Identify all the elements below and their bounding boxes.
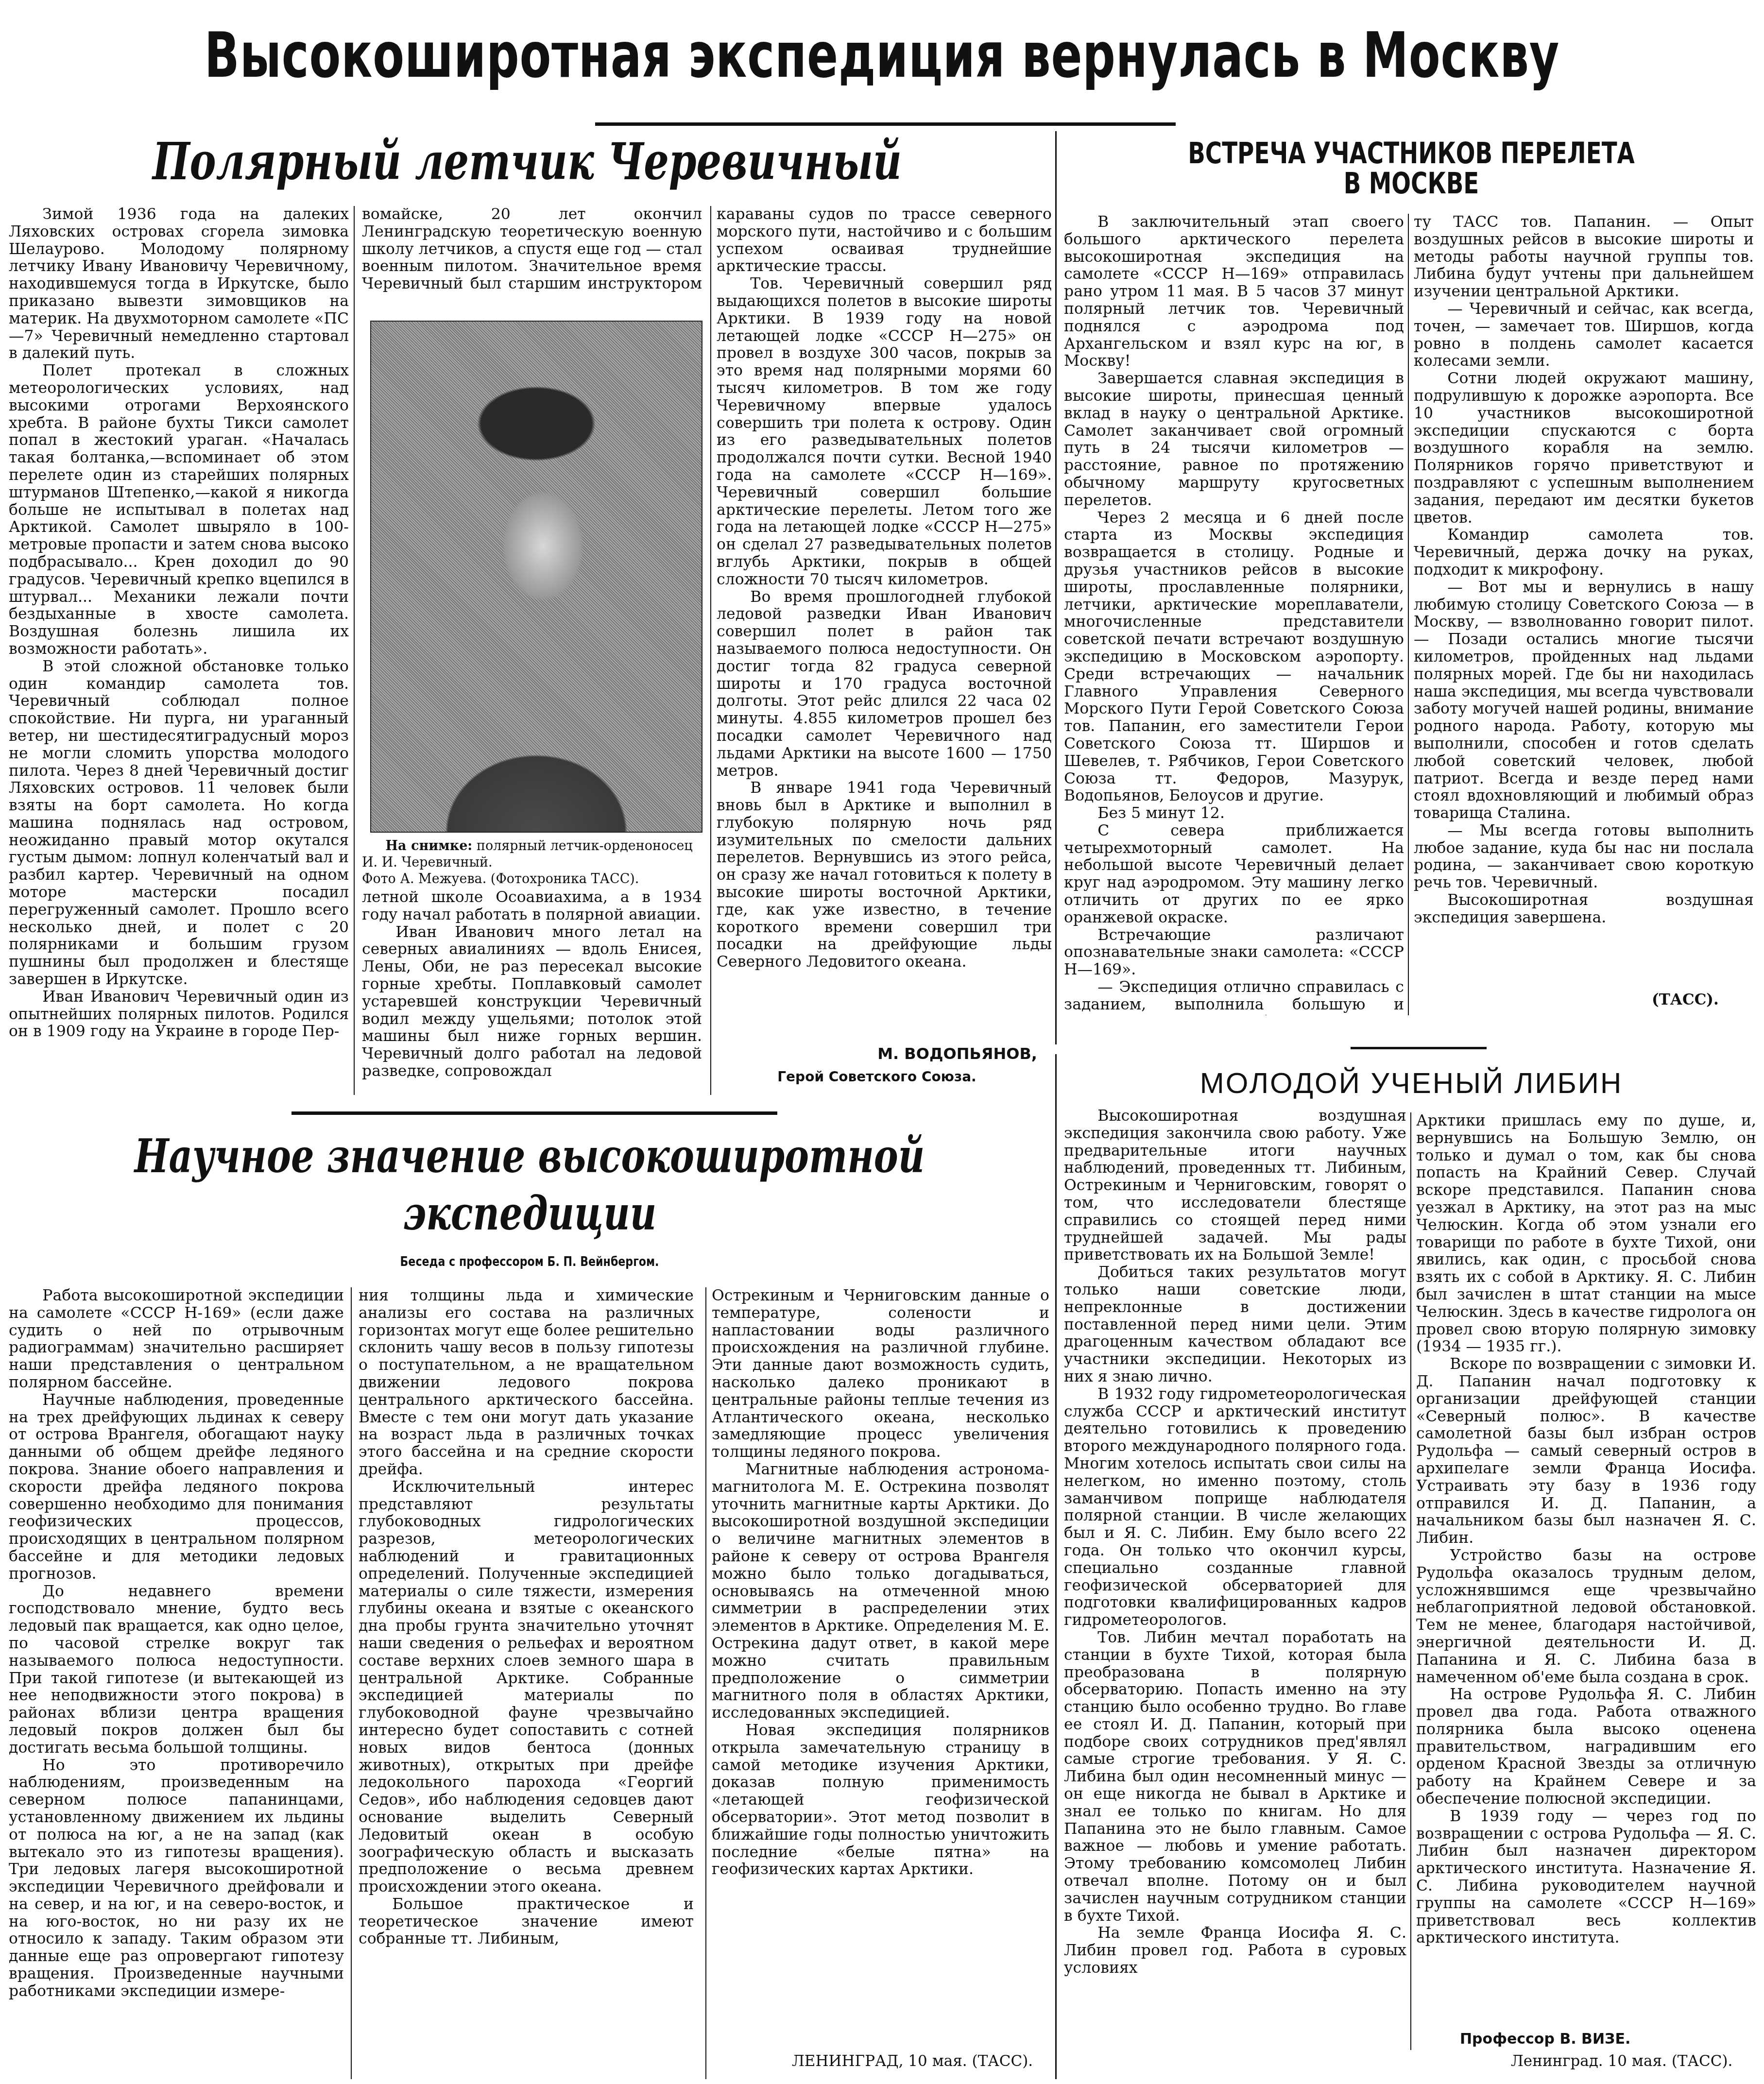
headline-pilot: Полярный летчик Черевичный	[116, 130, 939, 193]
paragraph: — Мы всегда готовы выполнить любое задан…	[1414, 822, 1754, 892]
science-column-3: Острекиным и Черниговским данные о темпе…	[712, 1287, 1049, 2045]
science-column-1: Работа высокоширотной экспедиции на само…	[9, 1287, 344, 2079]
author-signature: Профессор В. ВИЗЕ.	[1460, 2031, 1630, 2048]
pilot-column-2-top: вомайске, 20 лет окончил Ленинградскую т…	[362, 206, 702, 293]
dateline: ЛЕНИНГРАД, 10 мая. (ТАСС).	[792, 2052, 1033, 2070]
paragraph: Устройство базы на острове Рудольфа оказ…	[1416, 1547, 1756, 1686]
paragraph: С севера приближается четырехмоторный са…	[1064, 822, 1404, 927]
paragraph: караваны судов по трассе северного морск…	[717, 206, 1052, 275]
paragraph: Зимой 1936 года на далеких Ляховских ост…	[9, 206, 349, 362]
pilot-column-3: караваны судов по трассе северного морск…	[717, 206, 1052, 1042]
interview-subhead: Беседа с профессором Б. П. Вейнбергом.	[95, 1254, 964, 1269]
paragraph: — Черевичный и сейчас, как всегда, точен…	[1414, 301, 1754, 370]
paragraph: Иван Иванович Черевичный один из опытней…	[9, 989, 349, 1041]
column-divider	[1408, 214, 1409, 1015]
author-title: Герой Советского Союза.	[717, 1069, 1037, 1085]
libin-column-2: Арктики пришлась ему по душе, и, вернувш…	[1416, 1112, 1756, 2026]
paragraph: Большое практическое и теоретическое зна…	[359, 1896, 694, 1948]
paragraph: Высокоширотная воздушная экспедиция зако…	[1064, 1108, 1406, 1264]
paragraph: Сотни людей окружают машину, подрулившую…	[1414, 370, 1754, 527]
paragraph: ния толщины льда и химические анализы ег…	[359, 1287, 694, 1479]
paragraph: Новая экспедиция полярников открыла заме…	[712, 1722, 1049, 1879]
pilot-column-1: Зимой 1936 года на далеких Ляховских ост…	[9, 206, 349, 1095]
paragraph: Исключительный интерес представляют резу…	[359, 1479, 694, 1896]
photo-credit: Фото А. Межуева. (Фотохроника ТАСС).	[362, 871, 702, 888]
column-divider	[710, 206, 711, 1095]
paragraph: — Экспедиция отлично справилась с задани…	[1064, 979, 1404, 1015]
page-masthead: Высокоширотная экспедиция вернулась в Мо…	[159, 19, 1605, 92]
paragraph: В январе 1941 года Черевичный вновь был …	[717, 780, 1052, 971]
paragraph: летной школе Осоавиахима, а в 1934 году …	[362, 889, 702, 924]
paragraph: До недавнего времени господствовало мнен…	[9, 1583, 344, 1757]
column-divider	[354, 206, 355, 1095]
source-tass: (ТАСС).	[1652, 991, 1719, 1008]
paragraph: вомайске, 20 лет окончил Ленинградскую т…	[362, 206, 702, 293]
caption-lead: На снимке:	[386, 838, 473, 854]
paragraph: Научные наблюдения, проведенные на трех …	[9, 1392, 344, 1583]
headline-meeting: ВСТРЕЧА УЧАСТНИКОВ ПЕРЕЛЕТА В МОСКВЕ	[1137, 138, 1686, 199]
paragraph: Магнитные наблюдения астронома-магнитоло…	[712, 1461, 1049, 1722]
headline-line: экспедиции	[117, 1184, 942, 1243]
paragraph: Встречающие различают опознавательные зн…	[1064, 927, 1404, 979]
paragraph: Но это противоречило наблюдениям, произв…	[9, 1757, 344, 2000]
paragraph: Завершается славная экспедиция в высокие…	[1064, 370, 1404, 509]
headline-science: Научное значение высокоширотной экспедиц…	[117, 1127, 942, 1243]
headline-line: ВСТРЕЧА УЧАСТНИКОВ ПЕРЕЛЕТА	[1137, 138, 1686, 169]
paragraph: Во время прошлогодней глубокой ледовой р…	[717, 589, 1052, 780]
masthead-rule	[595, 122, 1176, 126]
portrait-photo	[370, 321, 702, 833]
column-divider	[705, 1287, 706, 2079]
paragraph: Арктики пришлась ему по душе, и, вернувш…	[1416, 1112, 1756, 1356]
headline-line: Научное значение высокоширотной	[117, 1127, 942, 1185]
paragraph: В этой сложной обстановке только один ко…	[9, 658, 349, 989]
section-rule	[291, 1111, 777, 1115]
paragraph: Через 2 месяца и 6 дней после старта из …	[1064, 510, 1404, 805]
headline-line: В МОСКВЕ	[1137, 169, 1686, 199]
author-signature: М. ВОДОПЬЯНОВ,	[717, 1044, 1037, 1063]
column-divider	[1055, 131, 1057, 1044]
paragraph: Тов. Либин мечтал поработать на станции …	[1064, 1629, 1406, 1925]
paragraph: — Вот мы и вернулись в нашу любимую стол…	[1414, 579, 1754, 822]
column-divider	[1410, 1112, 1411, 2050]
dateline: Ленинград. 10 мая. (ТАСС).	[1511, 2052, 1732, 2070]
paragraph: Тов. Черевичный совершил ряд выдающихся …	[717, 275, 1052, 588]
column-divider	[351, 1287, 352, 2079]
headline-libin: МОЛОДОЙ УЧЕНЫЙ ЛИБИН	[1059, 1066, 1764, 1100]
paragraph: Без 5 минут 12.	[1064, 805, 1404, 822]
paragraph: В 1932 году гидрометеорологическая служб…	[1064, 1386, 1406, 1629]
meeting-column-2: ту ТАСС тов. Папанин. — Опыт воздушных р…	[1414, 214, 1754, 991]
paragraph: ту ТАСС тов. Папанин. — Опыт воздушных р…	[1414, 214, 1754, 301]
column-divider	[1055, 1054, 1057, 2079]
paragraph: Полет протекал в сложных метеорологическ…	[9, 362, 349, 658]
paragraph: В 1939 году — через год по возвращении с…	[1416, 1808, 1756, 1947]
paragraph: Высокоширотная воздушная экспедиция заве…	[1414, 892, 1754, 927]
science-column-2: ния толщины льда и химические анализы ег…	[359, 1287, 694, 2079]
photo-caption: На снимке: полярный летчик-орденоносец И…	[362, 838, 702, 888]
meeting-column-1: В заключительный этап своего большого ар…	[1064, 214, 1404, 1015]
libin-column-1: Высокоширотная воздушная экспедиция зако…	[1064, 1108, 1406, 2084]
paragraph: Вскоре по возвращении с зимовки И. Д. Па…	[1416, 1356, 1756, 1547]
paragraph: Иван Иванович много летал на северных ав…	[362, 924, 702, 1080]
section-rule	[1351, 1047, 1487, 1049]
paragraph: Острекиным и Черниговским данные о темпе…	[712, 1287, 1049, 1461]
paragraph: Командир самолета тов. Черевичный, держа…	[1414, 527, 1754, 579]
paragraph: Работа высокоширотной экспедиции на само…	[9, 1287, 344, 1392]
paragraph: В заключительный этап своего большого ар…	[1064, 214, 1404, 370]
paragraph: На земле Франца Иосифа Я. С. Либин прове…	[1064, 1925, 1406, 1977]
paragraph: Добиться таких результатов могут только …	[1064, 1264, 1406, 1386]
pilot-column-2-bottom: летной школе Осоавиахима, а в 1934 году …	[362, 889, 702, 1093]
paragraph: На острове Рудольфа Я. С. Либин провел д…	[1416, 1686, 1756, 1808]
